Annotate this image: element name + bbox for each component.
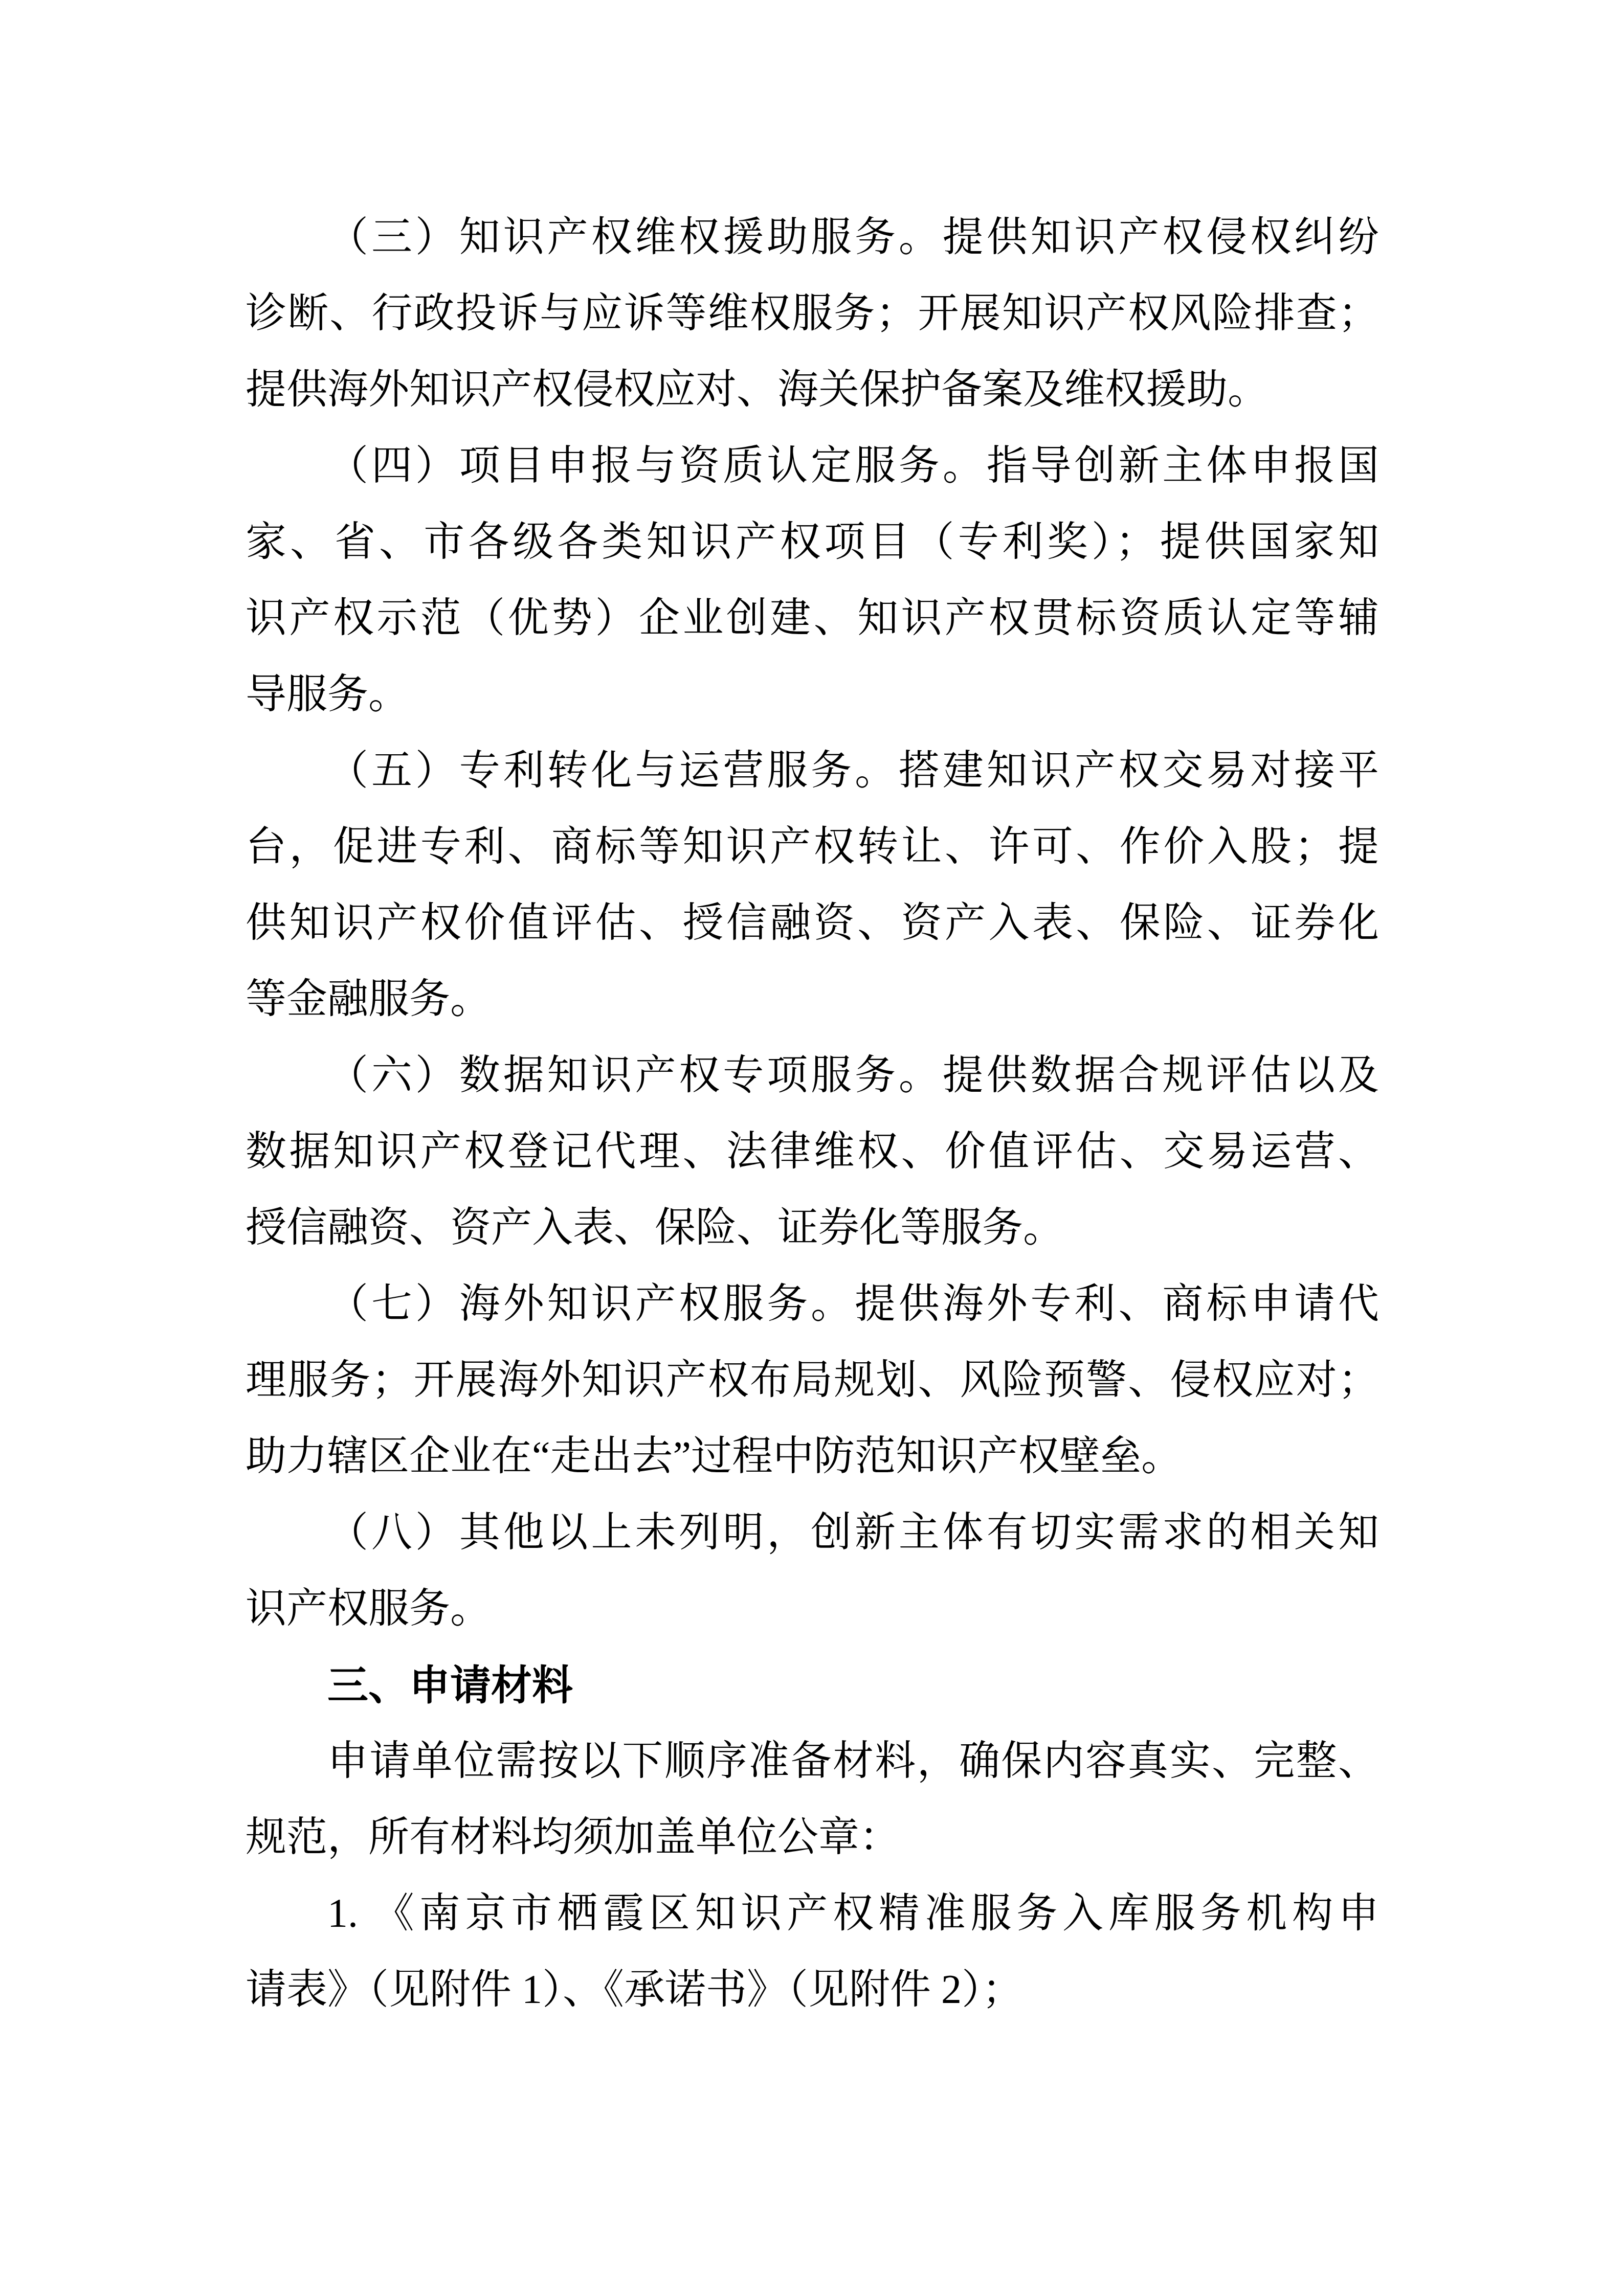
text-line: 识产权示范（优势）企业创建、知识产权贯标资质认定等辅 [246, 580, 1379, 657]
text-line: 数据知识产权登记代理、法律维权、价值评估、交易运营、 [246, 1114, 1379, 1190]
text-line: （七）海外知识产权服务。提供海外专利、商标申请代 [246, 1266, 1379, 1342]
text-line: 规范，所有材料均须加盖单位公章： [246, 1799, 1379, 1876]
text-line: 供知识产权价值评估、授信融资、资产入表、保险、证券化 [246, 885, 1379, 961]
text-line: （八）其他以上未列明，创新主体有切实需求的相关知 [246, 1495, 1379, 1571]
section-heading: 三、申请材料 [246, 1647, 1379, 1723]
text-line: 识产权服务。 [246, 1571, 1379, 1647]
text-line: 诊断、行政投诉与应诉等维权服务；开展知识产权风险排查； [246, 276, 1379, 352]
document-page: （三）知识产权维权援助服务。提供知识产权侵权纠纷诊断、行政投诉与应诉等维权服务；… [0, 0, 1624, 2296]
document-content: （三）知识产权维权援助服务。提供知识产权侵权纠纷诊断、行政投诉与应诉等维权服务；… [246, 199, 1379, 2028]
text-line: 台，促进专利、商标等知识产权转让、许可、作价入股；提 [246, 809, 1379, 885]
text-line: （五）专利转化与运营服务。搭建知识产权交易对接平 [246, 733, 1379, 809]
text-line: 理服务；开展海外知识产权布局规划、风险预警、侵权应对； [246, 1342, 1379, 1419]
text-line: 申请单位需按以下顺序准备材料，确保内容真实、完整、 [246, 1723, 1379, 1799]
text-line: 提供海外知识产权侵权应对、海关保护备案及维权援助。 [246, 352, 1379, 428]
text-line: （四）项目申报与资质认定服务。指导创新主体申报国 [246, 428, 1379, 504]
text-line: 导服务。 [246, 657, 1379, 733]
text-line: 等金融服务。 [246, 961, 1379, 1038]
text-line: 授信融资、资产入表、保险、证券化等服务。 [246, 1190, 1379, 1266]
text-line: （三）知识产权维权援助服务。提供知识产权侵权纠纷 [246, 199, 1379, 276]
text-line: （六）数据知识产权专项服务。提供数据合规评估以及 [246, 1038, 1379, 1114]
text-line: 家、省、市各级各类知识产权项目（专利奖）；提供国家知 [246, 504, 1379, 580]
text-line: 请表》（见附件 1）、《承诺书》（见附件 2）； [246, 1952, 1379, 2028]
text-line: 1. 《南京市栖霞区知识产权精准服务入库服务机构申 [246, 1876, 1379, 1952]
text-line: 助力辖区企业在“走出去”过程中防范知识产权壁垒。 [246, 1419, 1379, 1495]
